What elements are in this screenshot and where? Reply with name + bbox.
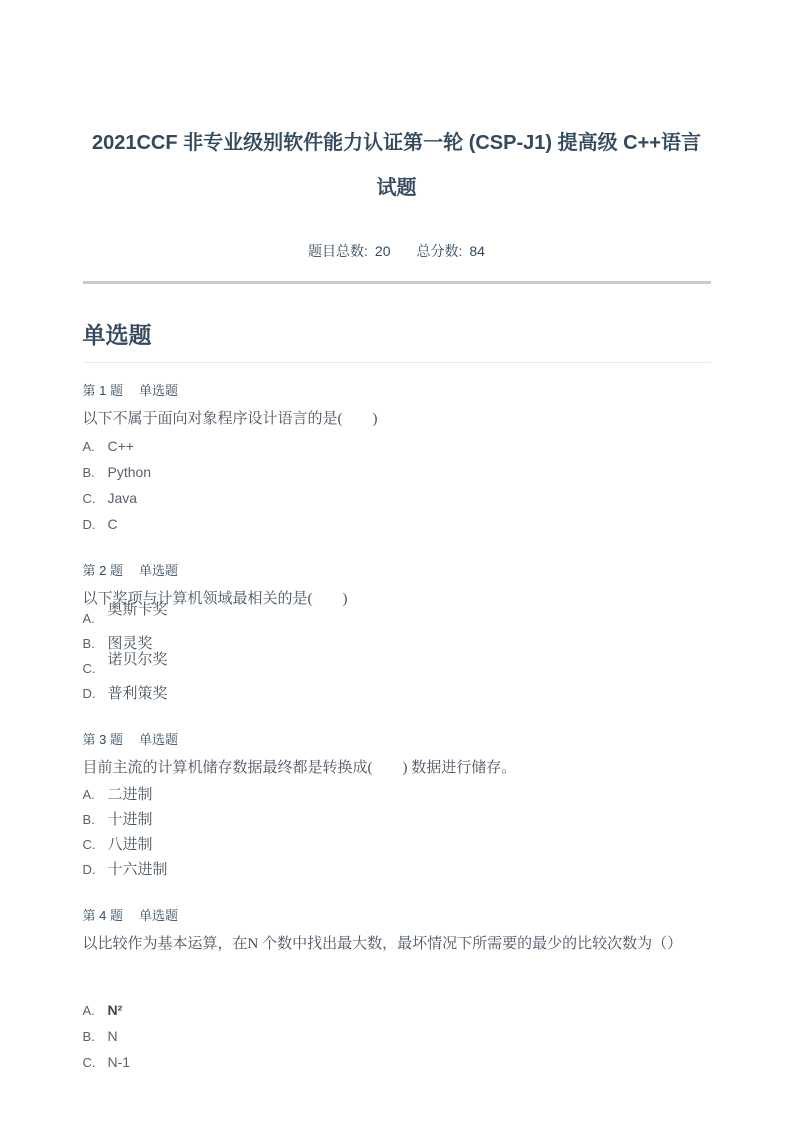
option-letter: D. (83, 862, 108, 878)
option-letter: B. (83, 812, 108, 828)
option-row: D.C (83, 516, 711, 533)
question-2-header: 第 2 题单选题 (83, 560, 711, 579)
option-text: Java (108, 490, 138, 506)
question-number: 第 1 题 (83, 383, 123, 398)
exam-page: 2021CCF 非专业级别软件能力认证第一轮 (CSP-J1) 提高级 C++语… (83, 0, 711, 1138)
question-type-label: 单选题 (139, 383, 178, 398)
exam-stats: 题目总数:20总分数:84 (83, 241, 711, 261)
section-divider (83, 362, 711, 363)
question-3-header: 第 3 题单选题 (83, 729, 711, 748)
option-letter: B. (83, 636, 108, 652)
question-4-header: 第 4 题单选题 (83, 905, 711, 924)
option-row: D.十六进制 (83, 862, 711, 878)
option-letter: A. (83, 439, 108, 455)
question-number: 第 3 题 (83, 732, 123, 747)
option-letter: A. (83, 1003, 108, 1019)
question-3: 第 3 题单选题 目前主流的计算机储存数据最终都是转换成( ) 数据进行储存。 … (83, 729, 711, 878)
option-text: C++ (108, 438, 134, 454)
option-letter: D. (83, 686, 108, 702)
option-row: B.图灵奖 (83, 636, 711, 652)
question-3-options: A.二进制 B.十进制 C.八进制 D.十六进制 (83, 787, 711, 878)
question-2-options: A.奥斯卡奖 B.图灵奖 C.诺贝尔奖 D.普利策奖 (83, 611, 711, 702)
option-row: C.Java (83, 490, 711, 507)
option-letter: A. (83, 611, 108, 627)
option-text: N² (108, 1002, 123, 1018)
option-text: 八进制 (108, 837, 153, 853)
question-text: 以下奖项与计算机领域最相关的是( ) (83, 588, 711, 610)
option-letter: D. (83, 517, 108, 533)
option-row: B.十进制 (83, 812, 711, 828)
total-questions-label: 题目总数: (308, 243, 368, 259)
option-row: C.N-1 (83, 1054, 711, 1071)
option-letter: B. (83, 465, 108, 481)
option-row: C.八进制 (83, 837, 711, 853)
option-text: 普利策奖 (108, 686, 168, 702)
option-letter: A. (83, 787, 108, 803)
option-text: C (108, 516, 118, 532)
question-2: 第 2 题单选题 以下奖项与计算机领域最相关的是( ) A.奥斯卡奖 B.图灵奖… (83, 560, 711, 702)
option-row: B.N (83, 1028, 711, 1045)
question-text: 目前主流的计算机储存数据最终都是转换成( ) 数据进行储存。 (83, 757, 711, 779)
option-letter: C. (83, 837, 108, 853)
question-text: 以比较作为基本运算，在N 个数中找出最大数，最坏情况下所需要的最少的比较次数为（… (83, 933, 711, 955)
question-type-label: 单选题 (139, 563, 178, 578)
option-text: N-1 (108, 1054, 131, 1070)
option-row: A.奥斯卡奖 (83, 611, 711, 627)
total-score-value: 84 (469, 243, 485, 259)
question-1-header: 第 1 题单选题 (83, 380, 711, 399)
question-1: 第 1 题单选题 以下不属于面向对象程序设计语言的是( ) A.C++ B.Py… (83, 380, 711, 533)
option-text: 图灵奖 (108, 636, 153, 652)
option-text: N (108, 1028, 118, 1044)
option-letter: C. (83, 1055, 108, 1071)
option-row: A.C++ (83, 438, 711, 455)
question-4: 第 4 题单选题 以比较作为基本运算，在N 个数中找出最大数，最坏情况下所需要的… (83, 905, 711, 1071)
option-text: 奥斯卡奖 (108, 602, 168, 618)
option-row: B.Python (83, 464, 711, 481)
question-number: 第 2 题 (83, 563, 123, 578)
question-text: 以下不属于面向对象程序设计语言的是( ) (83, 408, 711, 430)
section-title: 单选题 (83, 317, 711, 350)
question-type-label: 单选题 (139, 732, 178, 747)
header-divider (83, 281, 711, 284)
option-letter: C. (83, 661, 108, 677)
question-4-options: A.N² B.N C.N-1 (83, 1002, 711, 1071)
option-row: C.诺贝尔奖 (83, 661, 711, 677)
total-score-label: 总分数: (417, 243, 463, 259)
option-text: 十六进制 (108, 862, 168, 878)
option-text: 十进制 (108, 812, 153, 828)
question-1-options: A.C++ B.Python C.Java D.C (83, 438, 711, 533)
option-text: 诺贝尔奖 (108, 652, 168, 668)
question-type-label: 单选题 (139, 908, 178, 923)
option-letter: B. (83, 1029, 108, 1045)
option-letter: C. (83, 491, 108, 507)
page-title: 2021CCF 非专业级别软件能力认证第一轮 (CSP-J1) 提高级 C++语… (83, 121, 711, 211)
option-text: 二进制 (108, 787, 153, 803)
question-number: 第 4 题 (83, 908, 123, 923)
option-text: Python (108, 464, 152, 480)
option-row: A.N² (83, 1002, 711, 1019)
option-row: D.普利策奖 (83, 686, 711, 702)
option-row: A.二进制 (83, 787, 711, 803)
total-questions-value: 20 (375, 243, 391, 259)
